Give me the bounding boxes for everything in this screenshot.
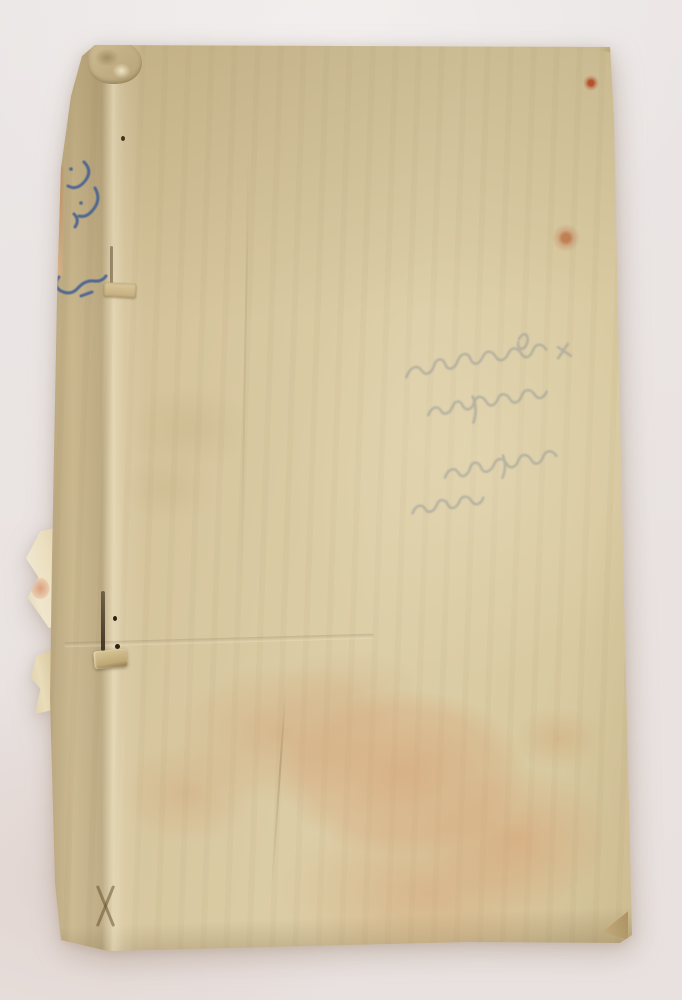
vertical-crease-lower bbox=[271, 688, 287, 883]
crumpled-top-left-corner bbox=[88, 40, 142, 84]
sewing-slit-lower bbox=[101, 591, 105, 651]
lacing-hole bbox=[113, 616, 117, 621]
wormhole bbox=[121, 136, 125, 141]
spine-handwriting-ink: Illegible handwritten spine title in blu… bbox=[50, 156, 120, 326]
sewing-tie-lower bbox=[93, 649, 127, 670]
book-photograph: Illegible handwritten spine title in blu… bbox=[0, 0, 682, 1000]
tie-remnant-top-right bbox=[596, 36, 616, 53]
worn-bottom-right-corner bbox=[596, 908, 628, 940]
faded-cover-inscription-ink: Faded illegible handwritten owner inscri… bbox=[370, 314, 605, 540]
vertical-crease-upper bbox=[240, 148, 250, 578]
vellum-book: Illegible handwritten spine title in blu… bbox=[0, 0, 682, 1000]
front-cover: Illegible handwritten spine title in blu… bbox=[48, 38, 642, 953]
tail-stitch bbox=[92, 884, 120, 928]
